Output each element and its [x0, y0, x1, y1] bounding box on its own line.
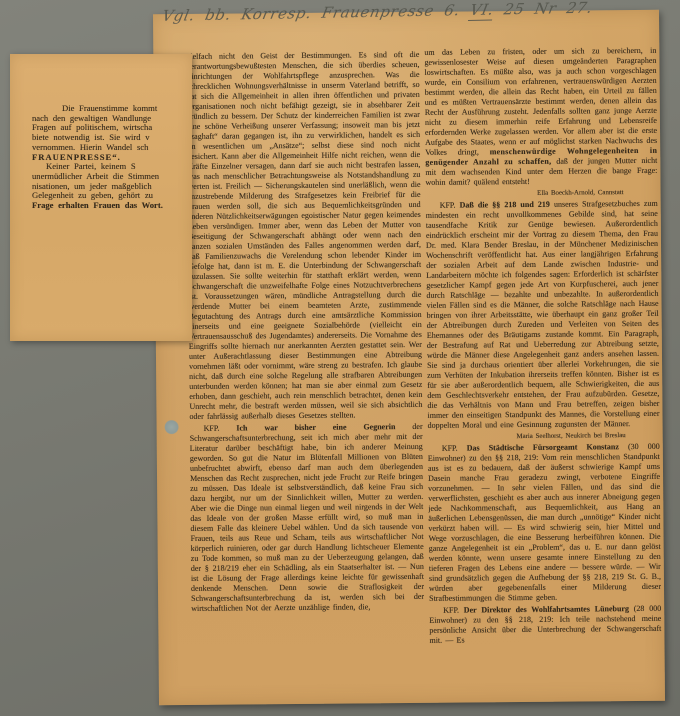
newspaper-sheet: Vgl. bb. Korresp. Frauenpresse 6. VI. 25… — [153, 10, 665, 705]
paragraph-body: der Schwangerschaftsunterbrechung, seit … — [190, 422, 424, 613]
paragraph-body: (30 000 Einwohner) zu den §§ 218, 219: V… — [428, 442, 661, 603]
paragraph-kfp-218-219: KFP. Daß die §§ 218 und 219 unseres Stra… — [426, 199, 660, 431]
clipping-line: vernommen. Hierin Wandel sch — [32, 143, 192, 153]
clipping-line: Keiner Partei, keinem S — [32, 162, 192, 172]
paragraph-lead-bold: Das Städtische Fürsorgeamt Konstanz — [467, 442, 619, 452]
clipping-line-last: Frage erhalten Frauen das Wort. — [32, 201, 192, 211]
paragraph-continuation: vielfach nicht den Geist der Bestimmunge… — [186, 50, 422, 422]
clipping-line: nisationen, um jeder maßgeblich — [32, 182, 192, 192]
paragraph-continuation: um das Leben zu fristen, oder um sich zu… — [424, 46, 657, 188]
handwritten-annotation-underlined: VI. — [468, 0, 495, 20]
article-column-right: um das Leben zu fristen, oder um sich zu… — [424, 46, 662, 706]
clipping-line: nach den gewaltigen Wandlunge — [32, 114, 192, 124]
signature-maria-seelhorst: Maria Seelhorst, Neukirch bei Breslau — [428, 431, 660, 442]
kfp-label: KFP. — [440, 201, 460, 210]
paragraph-kfp-gegnerin: KFP. Ich war bisher eine Gegnerin der Sc… — [190, 422, 425, 614]
paragraph-lead-bold: Der Direktor des Wohlfahrtsamtes Lünebur… — [464, 604, 629, 614]
paragraph-lead-bold: Daß die §§ 218 und 219 — [460, 200, 550, 210]
handwritten-annotation-after: 25 Nr 27. — [502, 0, 594, 18]
newspaper-clipping: Die Frauenstimme kommt nach den gewaltig… — [10, 54, 192, 341]
kfp-label: KFP. — [442, 444, 467, 453]
archive-mount-background: Vgl. bb. Korresp. Frauenpresse 6. VI. 25… — [0, 0, 680, 716]
clipping-line: unermüdlicher Arbeit die Stimmen — [32, 172, 192, 182]
paragraph-kfp-lueneburg: KFP. Der Direktor des Wohlfahrtsamtes Lü… — [429, 604, 661, 646]
clipping-line: Gelegenheit zu geben, gehört zu — [32, 191, 192, 201]
article-column-left: vielfach nicht den Geist der Bestimmunge… — [186, 50, 425, 708]
paragraph-kfp-konstanz: KFP. Das Städtische Fürsorgeamt Konstanz… — [428, 442, 661, 604]
clipping-line: Fragen auf politischem, wirtscha — [32, 123, 192, 133]
signature-ella-boeckh-arnold: Ella Boeckh-Arnold, Cannstatt — [426, 188, 658, 199]
paragraph-body: unseres Strafgesetzbuches zum mindesten … — [426, 199, 660, 430]
handwritten-annotation: Vgl. bb. Korresp. Frauenpresse 6. VI. 25… — [161, 0, 680, 25]
clipping-line: biete notwendig ist. Sie wird v — [32, 133, 192, 143]
punch-hole — [165, 420, 179, 434]
paragraph-body: um das Leben zu fristen, oder um sich zu… — [424, 46, 657, 157]
handwritten-annotation-before: Vgl. bb. Korresp. Frauenpresse 6. — [161, 1, 462, 25]
paragraph-lead-bold: Ich war bisher eine Gegnerin — [236, 422, 395, 432]
kfp-label: KFP. — [443, 606, 464, 615]
kfp-label: KFP. — [204, 424, 237, 433]
clipping-text-block: Die Frauenstimme kommt nach den gewaltig… — [32, 104, 192, 211]
clipping-line: Die Frauenstimme kommt — [32, 104, 192, 114]
clipping-line-frauenpresse: FRAUENPRESSE“. — [32, 153, 192, 163]
